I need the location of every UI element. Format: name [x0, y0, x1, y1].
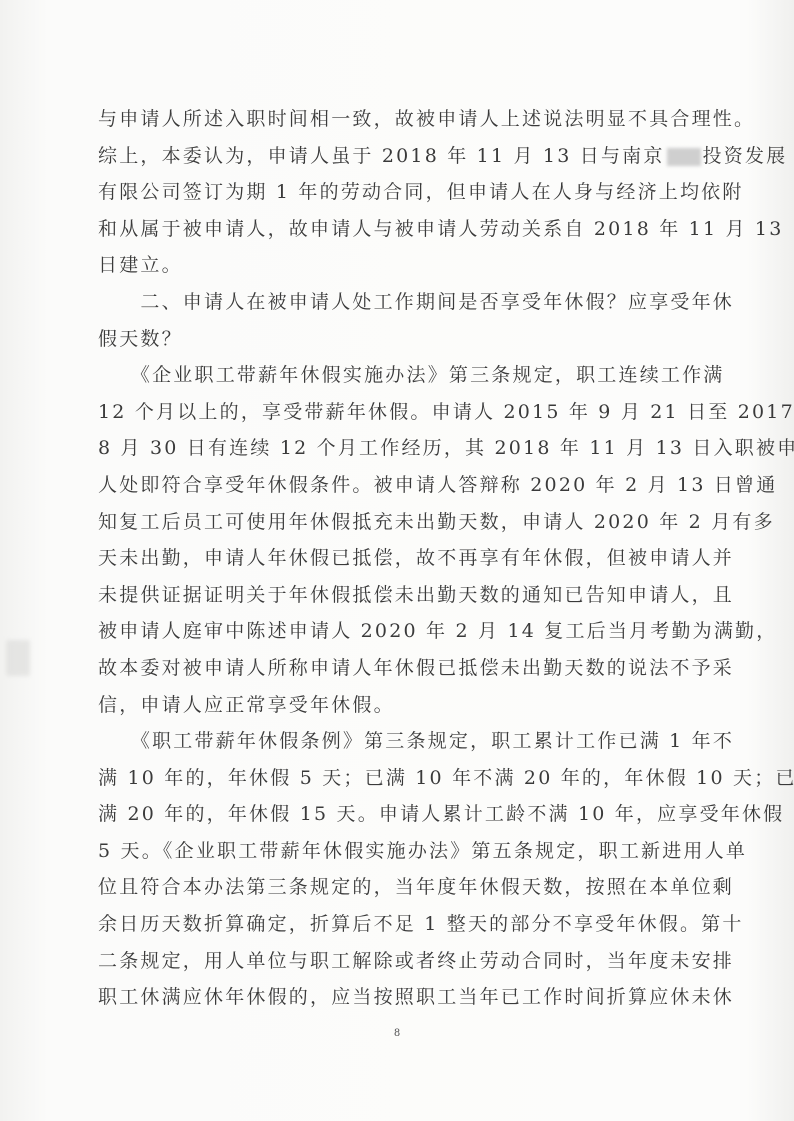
text-line-18: 《职工带薪年休假条例》第三条规定，职工累计工作已满 1 年不	[98, 723, 710, 760]
text-line-20: 满 20 年的，年休假 15 天。申请人累计工龄不满 10 年，应享受年休假	[98, 796, 710, 833]
text-line-3: 有限公司签订为期 1 年的劳动合同，但申请人在人身与经济上均依附	[98, 174, 710, 211]
document-body: 与申请人所述入职时间相一致，故被申请人上述说法明显不具合理性。 综上，本委认为，…	[98, 101, 710, 1016]
text-line-9: 12 个月以上的，享受带薪年休假。申请人 2015 年 9 月 21 日至 20…	[98, 394, 710, 431]
text-line-25: 职工休满应休年休假的，应当按照职工当年已工作时间折算应休未休	[98, 979, 710, 1016]
text-line-21: 5 天。《企业职工带薪年休假实施办法》第五条规定，职工新进用人单	[98, 833, 710, 870]
text-line-19: 满 10 年的，年休假 5 天；已满 10 年不满 20 年的，年休假 10 天…	[98, 760, 710, 797]
text-line-2-post: 投资发展	[703, 145, 788, 167]
section-heading-line-1: 二、申请人在被申请人处工作期间是否享受年休假？应享受年休	[98, 284, 710, 321]
text-line-23: 余日历天数折算确定，折算后不足 1 整天的部分不享受年休假。第十	[98, 906, 710, 943]
text-line-2: 综上，本委认为，申请人虽于 2018 年 11 月 13 日与南京投资发展	[98, 138, 710, 175]
text-line-15: 被申请人庭审中陈述申请人 2020 年 2 月 14 复工后当月考勤为满勤，	[98, 613, 710, 650]
text-line-4: 和从属于被申请人，故申请人与被申请人劳动关系自 2018 年 11 月 13	[98, 211, 710, 248]
text-line-16: 故本委对被申请人所称申请人年休假已抵偿未出勤天数的说法不予采	[98, 650, 710, 687]
text-line-24: 二条规定，用人单位与职工解除或者终止劳动合同时，当年度未安排	[98, 943, 710, 980]
text-line-17: 信，申请人应正常享受年休假。	[98, 687, 710, 724]
text-line-1: 与申请人所述入职时间相一致，故被申请人上述说法明显不具合理性。	[98, 101, 710, 138]
text-line-13: 天未出勤，申请人年休假已抵偿，故不再享有年休假，但被申请人并	[98, 540, 710, 577]
scan-edge-mark	[6, 640, 30, 676]
text-line-2-pre: 综上，本委认为，申请人虽于 2018 年 11 月 13 日与南京	[98, 145, 665, 167]
document-page: 与申请人所述入职时间相一致，故被申请人上述说法明显不具合理性。 综上，本委认为，…	[0, 0, 794, 1121]
page-number: 8	[0, 1028, 794, 1039]
text-line-8: 《企业职工带薪年休假实施办法》第三条规定，职工连续工作满	[98, 357, 710, 394]
section-heading-line-2: 假天数？	[98, 321, 710, 358]
text-line-10: 8 月 30 日有连续 12 个月工作经历，其 2018 年 11 月 13 日…	[98, 430, 710, 467]
redacted-company-name	[667, 148, 701, 166]
text-line-12: 知复工后员工可使用年休假抵充未出勤天数，申请人 2020 年 2 月有多	[98, 504, 710, 541]
text-line-11: 人处即符合享受年休假条件。被申请人答辩称 2020 年 2 月 13 日曾通	[98, 467, 710, 504]
text-line-5: 日建立。	[98, 247, 710, 284]
text-line-22: 位且符合本办法第三条规定的，当年度年休假天数，按照在本单位剩	[98, 869, 710, 906]
text-line-14: 未提供证据证明关于年休假抵偿未出勤天数的通知已告知申请人，且	[98, 577, 710, 614]
